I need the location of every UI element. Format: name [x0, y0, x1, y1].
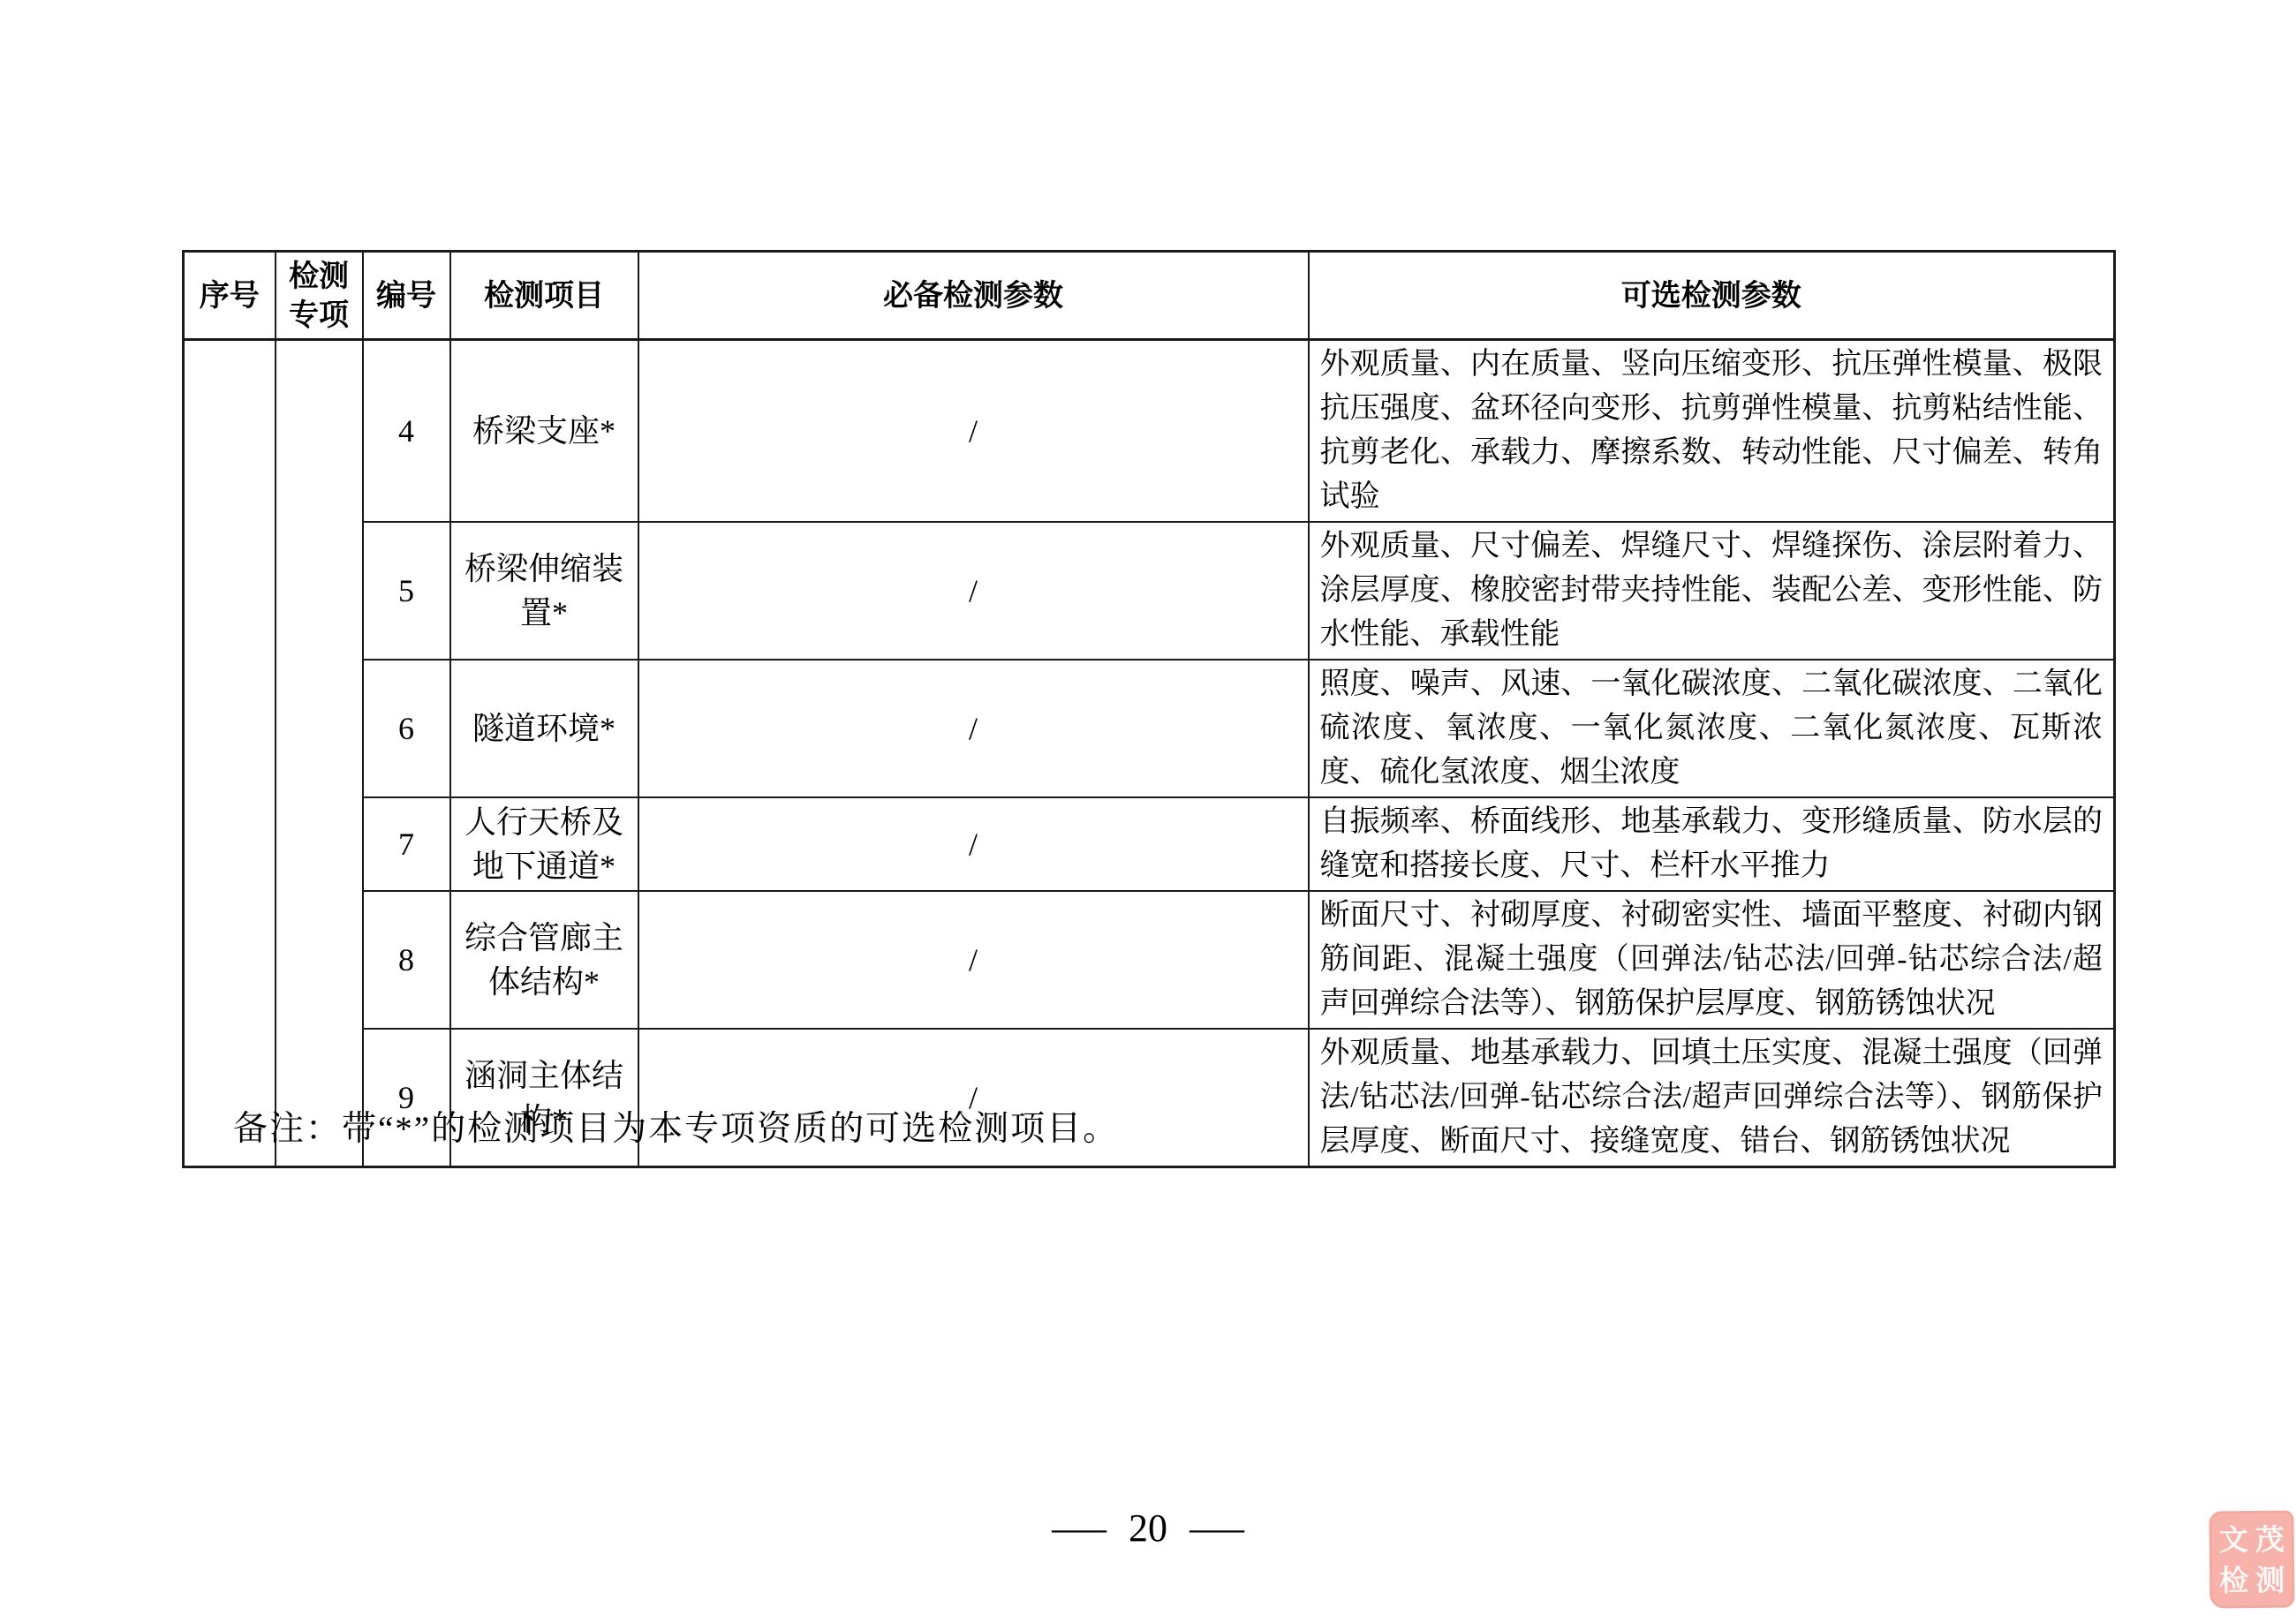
table-header-row: 序号 检测专项 编号 检测项目 必备检测参数 可选检测参数	[184, 252, 2115, 340]
header-optional-params: 可选检测参数	[1309, 252, 2115, 340]
seal-char: 茂	[2255, 1524, 2285, 1553]
optional-params-value: 外观质量、内在质量、竖向压缩变形、抗压弹性模量、极限抗压强度、盆环径向变形、抗剪…	[1309, 340, 2115, 523]
required-params-value: /	[638, 797, 1309, 891]
table-row: 6 隧道环境* / 照度、噪声、风速、一氧化碳浓度、二氧化碳浓度、二氧化硫浓度、…	[184, 660, 2115, 797]
row-number: 5	[363, 522, 450, 660]
seal-char: 文	[2219, 1525, 2248, 1554]
footnote: 备注：带“*”的检测项目为本专项资质的可选检测项目。	[233, 1101, 1119, 1151]
item-name: 桥梁伸缩装置*	[450, 522, 638, 660]
page-number-value: 20	[1129, 1506, 1167, 1551]
header-required-params: 必备检测参数	[638, 252, 1309, 340]
header-serial: 序号	[184, 252, 276, 340]
table-row: 5 桥梁伸缩装置* / 外观质量、尺寸偏差、焊缝尺寸、焊缝探伤、涂层附着力、涂层…	[184, 522, 2115, 660]
specialty-merged-cell	[276, 340, 363, 1167]
row-number: 6	[363, 660, 450, 797]
page-number-left-dash: —	[1052, 1506, 1106, 1551]
table-row: 8 综合管廊主体结构* / 断面尺寸、衬砌厚度、衬砌密实性、墙面平整度、衬砌内钢…	[184, 891, 2115, 1029]
wenmao-seal-stamp: 文 茂 检 测	[2209, 1511, 2294, 1609]
optional-params-value: 外观质量、地基承载力、回填土压实度、混凝土强度（回弹法/钻芯法/回弹-钻芯综合法…	[1309, 1029, 2115, 1167]
table-row: 4 桥梁支座* / 外观质量、内在质量、竖向压缩变形、抗压弹性模量、极限抗压强度…	[184, 340, 2115, 523]
required-params-value: /	[638, 522, 1309, 660]
serial-merged-cell	[184, 340, 276, 1167]
optional-params-value: 断面尺寸、衬砌厚度、衬砌密实性、墙面平整度、衬砌内钢筋间距、混凝土强度（回弹法/…	[1309, 891, 2115, 1029]
seal-char: 测	[2255, 1565, 2285, 1594]
optional-params-value: 外观质量、尺寸偏差、焊缝尺寸、焊缝探伤、涂层附着力、涂层厚度、橡胶密封带夹持性能…	[1309, 522, 2115, 660]
required-params-value: /	[638, 340, 1309, 523]
item-name: 综合管廊主体结构*	[450, 891, 638, 1029]
item-name: 桥梁支座*	[450, 340, 638, 523]
optional-params-value: 自振频率、桥面线形、地基承载力、变形缝质量、防水层的缝宽和搭接长度、尺寸、栏杆水…	[1309, 797, 2115, 891]
required-params-value: /	[638, 660, 1309, 797]
item-name: 人行天桥及地下通道*	[450, 797, 638, 891]
header-item: 检测项目	[450, 252, 638, 340]
item-name: 隧道环境*	[450, 660, 638, 797]
seal-char: 检	[2219, 1566, 2248, 1595]
row-number: 4	[363, 340, 450, 523]
table-row: 7 人行天桥及地下通道* / 自振频率、桥面线形、地基承载力、变形缝质量、防水层…	[184, 797, 2115, 891]
header-specialty: 检测专项	[276, 252, 363, 340]
row-number: 8	[363, 891, 450, 1029]
page-number-right-dash: —	[1190, 1506, 1244, 1551]
optional-params-value: 照度、噪声、风速、一氧化碳浓度、二氧化碳浓度、二氧化硫浓度、氧浓度、一氧化氮浓度…	[1309, 660, 2115, 797]
inspection-parameters-table: 序号 检测专项 编号 检测项目 必备检测参数 可选检测参数 4 桥梁支座* / …	[182, 250, 2116, 1168]
row-number: 7	[363, 797, 450, 891]
required-params-value: /	[638, 891, 1309, 1029]
document-page: 序号 检测专项 编号 检测项目 必备检测参数 可选检测参数 4 桥梁支座* / …	[0, 0, 2296, 1623]
page-number: — 20 —	[0, 1506, 2296, 1551]
header-number: 编号	[363, 252, 450, 340]
